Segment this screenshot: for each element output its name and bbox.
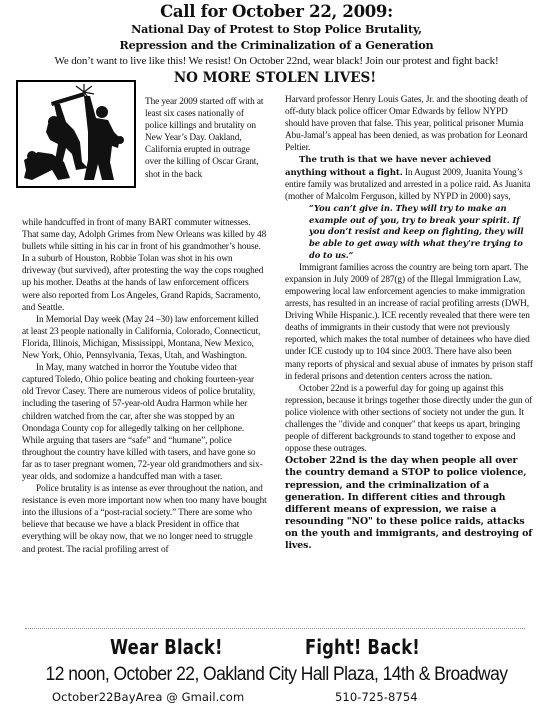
paragraph-new-year: while handcuffed in front of many BART c… [22, 217, 267, 314]
intro-paragraph: The year 2009 started off with at least … [145, 96, 265, 181]
paragraph-post-racial: Police brutality is as intense as ever t… [22, 483, 267, 556]
headline: NO MORE STOLEN LIVES! [150, 70, 400, 86]
paragraph-memorial-day: In Memorial Day week (May 24 –30) law en… [22, 314, 267, 362]
dotted-divider [25, 628, 525, 629]
police-beating-image [16, 80, 136, 188]
paragraph-truth: The truth is that we have never achieved… [285, 154, 533, 202]
slogan-fight-back: Fight! Back! [305, 635, 420, 659]
tagline: We don’t want to live like this! We resi… [0, 55, 553, 67]
paragraph-immigrants: Immigrant families across the country ar… [285, 262, 533, 383]
contact-email: October22BayArea @ Gmail.com [52, 690, 244, 704]
paragraph-call-to-action: October 22nd is the day when people all … [285, 455, 533, 552]
juanita-quote: “You can’t give in. They will try to mak… [309, 203, 533, 262]
left-column: while handcuffed in front of many BART c… [22, 217, 267, 556]
slogan-wear-black: Wear Black! [110, 635, 223, 659]
subtitle-line-2: Repression and the Criminalization of a … [0, 38, 553, 52]
page-title: Call for October 22, 2009: [0, 2, 553, 21]
right-column: Harvard professor Henry Louis Gates, Jr.… [285, 94, 533, 552]
paragraph-october-22: October 22nd is a powerful day for going… [285, 383, 533, 456]
paragraph-gates: Harvard professor Henry Louis Gates, Jr.… [285, 94, 533, 154]
event-details: 12 noon, October 22, Oakland City Hall P… [22, 664, 531, 686]
subtitle-line-1: National Day of Protest to Stop Police B… [0, 22, 553, 36]
contact-phone: 510-725-8754 [335, 690, 418, 704]
intro-text: The year 2009 started off with at least … [145, 96, 265, 181]
police-beating-silhouette-icon [18, 82, 134, 186]
paragraph-youtube-videos: In May, many watched in horror the Youtu… [22, 362, 267, 483]
